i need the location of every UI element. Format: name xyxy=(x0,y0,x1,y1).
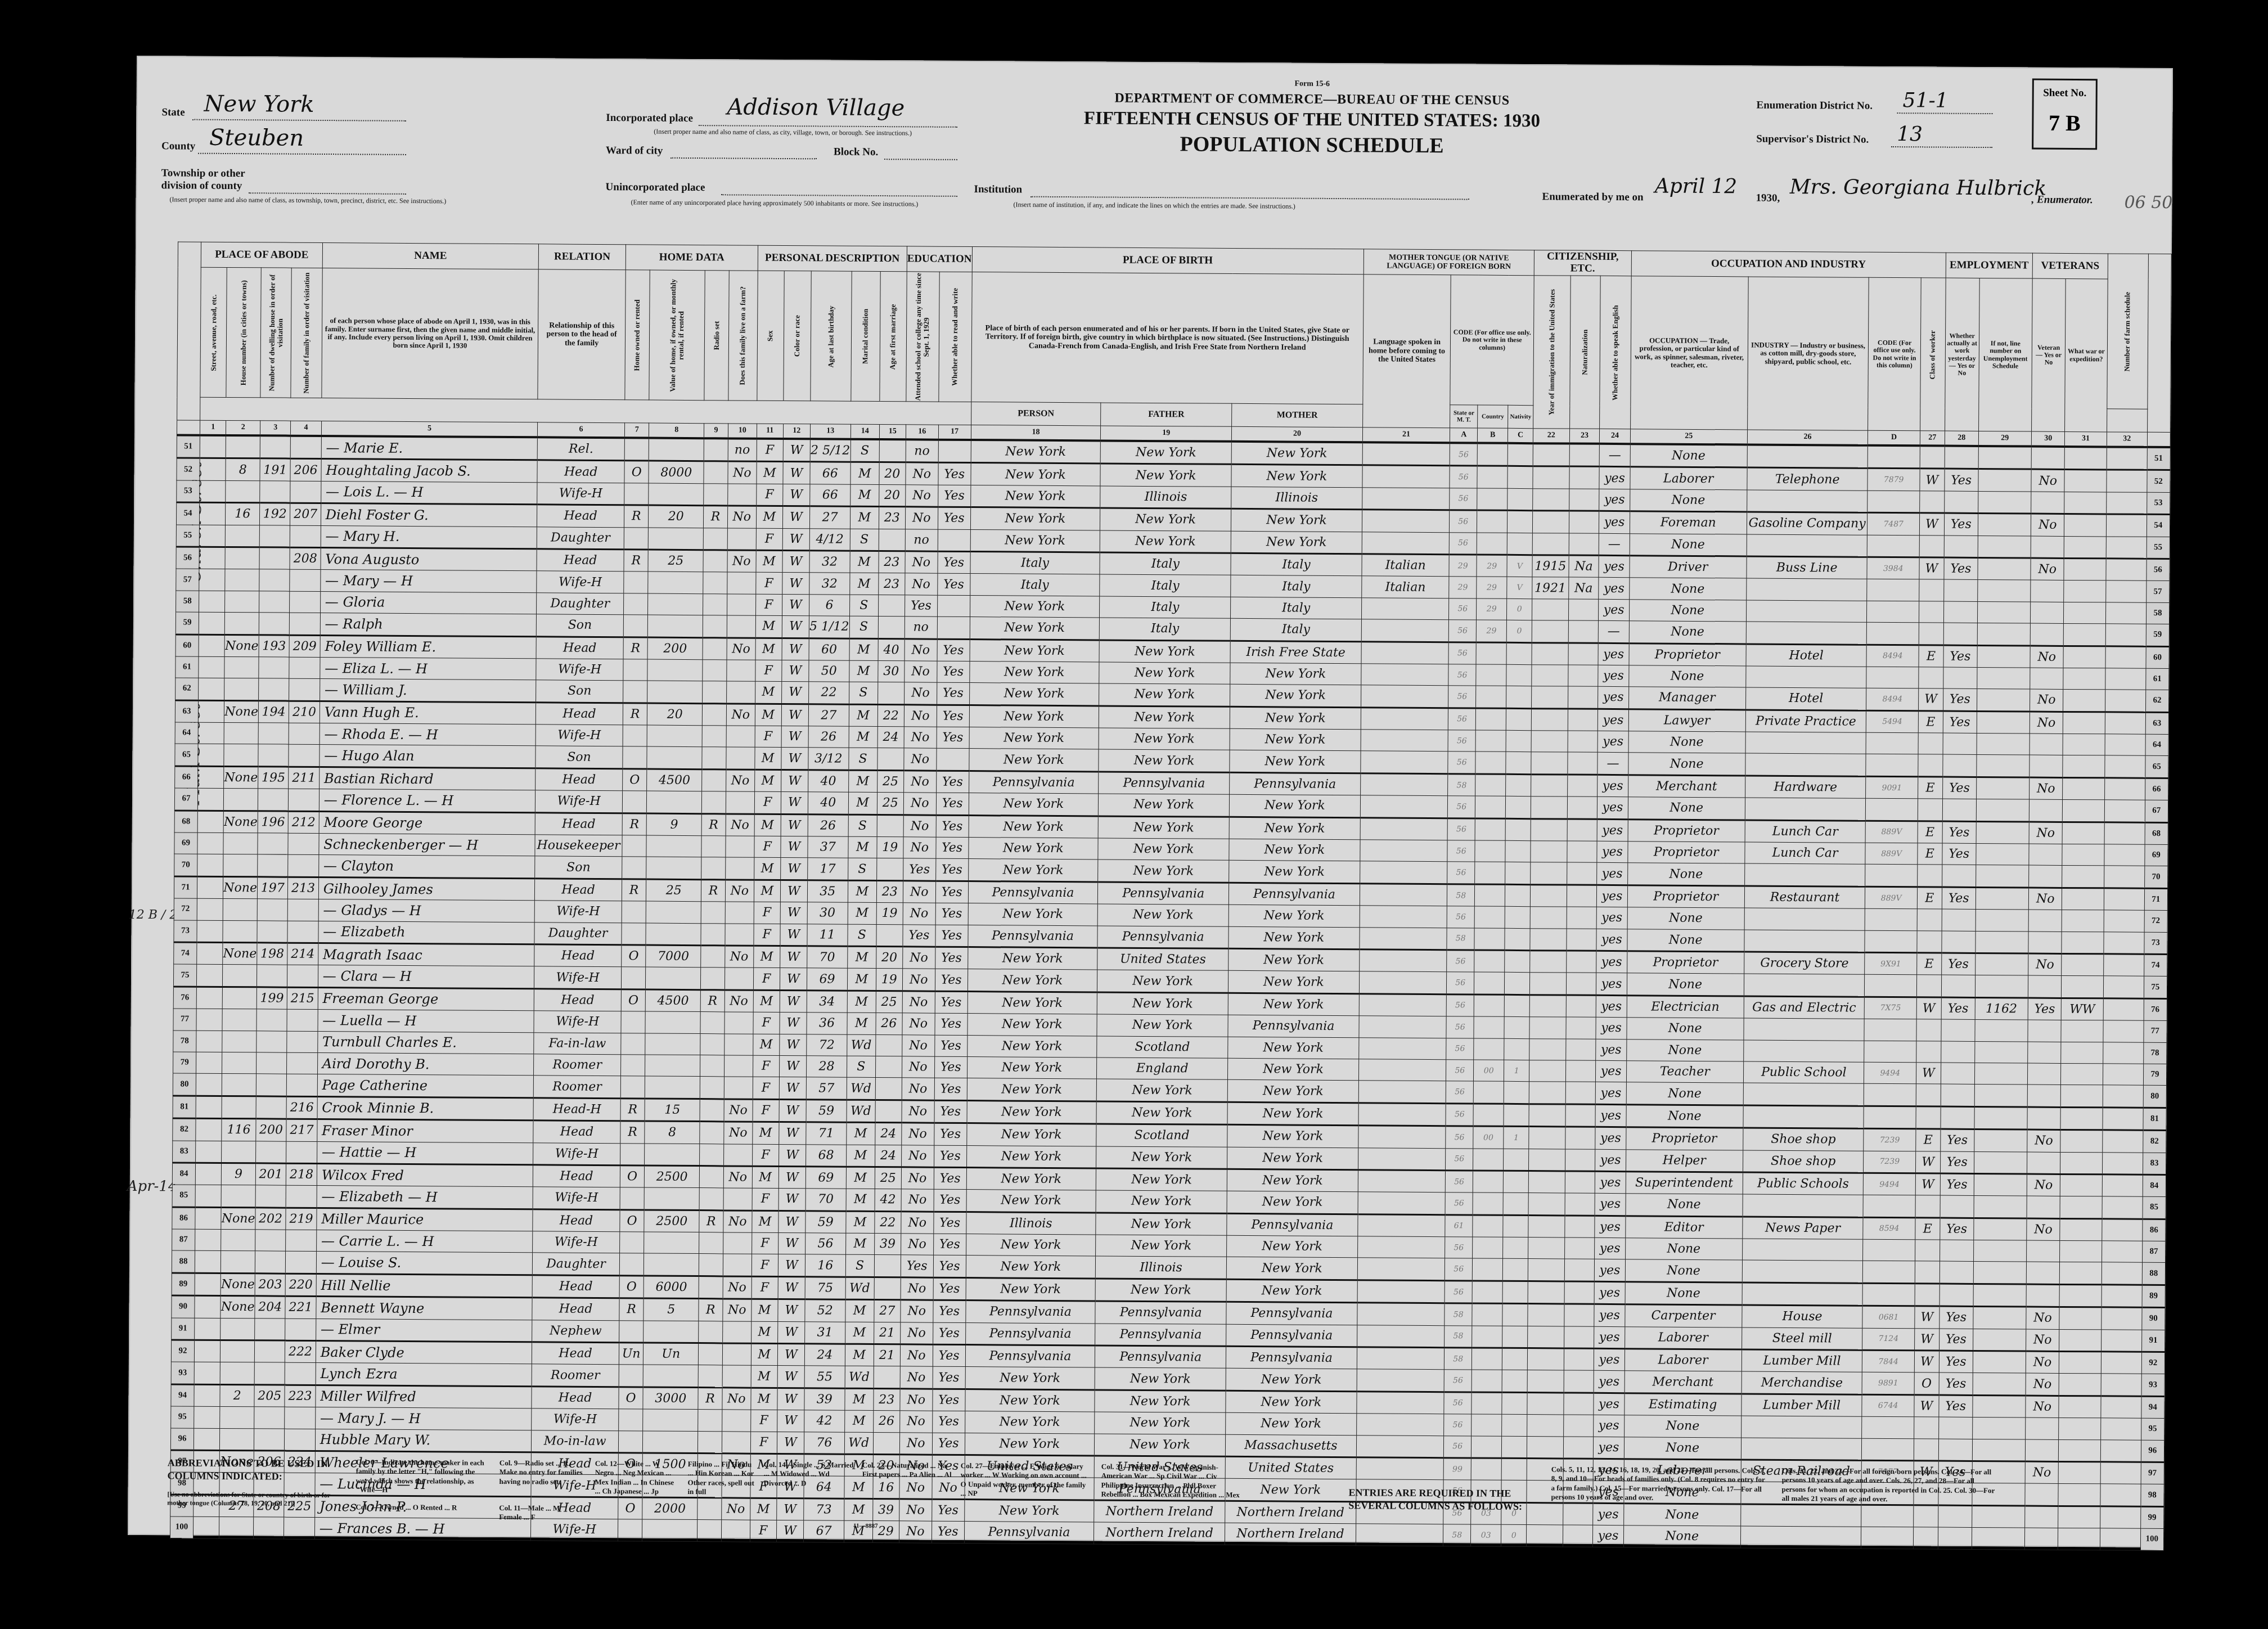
cell-father: Illinois xyxy=(1096,1256,1227,1279)
cell-cB xyxy=(1472,1258,1502,1281)
cell-cA: 56 xyxy=(1448,642,1476,664)
line-number: 96 xyxy=(170,1428,193,1450)
cell-value: 5 xyxy=(643,1298,699,1321)
line-number-right: 52 xyxy=(2147,470,2171,493)
cell-family xyxy=(286,1185,317,1208)
cell-race: W xyxy=(777,1432,804,1454)
cell-owned xyxy=(620,1187,645,1210)
cell-cC xyxy=(1506,774,1531,796)
cell-at-work: Yes xyxy=(1944,557,1978,580)
cell-industry xyxy=(1743,1194,1864,1217)
cell-cA: 56 xyxy=(1444,1435,1471,1458)
cell-industry: Public School xyxy=(1743,1061,1864,1084)
line-number: 86 xyxy=(172,1207,195,1230)
cell-farm xyxy=(727,528,756,550)
cell-relation: Head xyxy=(534,989,621,1011)
cell-cC xyxy=(1505,884,1531,907)
cell-war xyxy=(2064,492,2107,514)
cell-occupation: Merchant xyxy=(1624,1371,1741,1394)
cell-occupation: None xyxy=(1624,1415,1741,1438)
cell-worker-class: W xyxy=(1919,557,1944,580)
cell-unemp-line xyxy=(1974,1151,2027,1174)
cell-english: yes xyxy=(1594,1393,1624,1415)
cell-veteran xyxy=(2028,975,2062,998)
cell-marital: Wd xyxy=(847,1100,875,1123)
cell-school: no xyxy=(906,439,938,462)
cell-school: No xyxy=(902,1100,934,1123)
cell-value xyxy=(645,1055,700,1077)
cell-street xyxy=(194,1362,220,1385)
cell-cB xyxy=(1474,950,1505,973)
cell-father: New York xyxy=(1096,1168,1227,1191)
cell-value xyxy=(646,857,701,879)
header-cA: State or M. T. xyxy=(1450,405,1478,428)
cell-owned xyxy=(622,835,647,857)
cell-farm-schedule xyxy=(2104,931,2144,954)
cell-read: Yes xyxy=(935,903,968,925)
cell-dwelling xyxy=(256,1096,287,1119)
cell-immigration xyxy=(1528,1215,1565,1237)
cell-immigration xyxy=(1529,1017,1566,1039)
cell-name: Lynch Ezra xyxy=(316,1363,532,1387)
cell-birth: New York xyxy=(966,1277,1096,1301)
cell-war xyxy=(2063,777,2105,800)
line-number-right: 75 xyxy=(2144,976,2167,999)
cell-cB xyxy=(1474,972,1504,994)
cell-at-work: Yes xyxy=(1943,688,1977,711)
cell-age-marriage: 23 xyxy=(879,507,905,529)
cell-sex: F xyxy=(751,1254,778,1277)
cell-father: Italy xyxy=(1100,596,1231,619)
cell-radio xyxy=(701,946,725,968)
cell-owned: R xyxy=(623,703,647,725)
cell-house: 9 xyxy=(222,1163,256,1185)
cell-race: W xyxy=(781,769,808,792)
header-c8: Value of home, if owned, or monthly rent… xyxy=(649,270,705,400)
cell-owned xyxy=(620,1055,645,1077)
cell-naturalization xyxy=(1568,731,1598,753)
cell-relation: Nephew xyxy=(532,1320,619,1342)
cell-naturalization: Na xyxy=(1568,577,1599,599)
col-number-1: 1 xyxy=(200,420,226,435)
cell-owned xyxy=(620,1143,645,1165)
cell-worker-class xyxy=(1920,445,1945,469)
cell-veteran xyxy=(2029,733,2063,755)
cell-family: 211 xyxy=(289,767,319,789)
cell-dwelling xyxy=(259,678,290,701)
cell-school: Yes xyxy=(901,1255,933,1277)
cell-name: Diehl Foster G. xyxy=(321,503,537,527)
cell-war xyxy=(2063,690,2105,712)
cell-radio xyxy=(701,967,725,990)
cell-father: New York xyxy=(1097,970,1228,993)
cell-name: Gilhooley James xyxy=(318,877,535,901)
cell-cD: 9494 xyxy=(1864,1062,1916,1084)
cell-age-marriage: 21 xyxy=(874,1322,900,1344)
line-number-right: 89 xyxy=(2142,1285,2166,1308)
cell-dwelling xyxy=(258,833,289,855)
cell-dwelling xyxy=(259,657,290,679)
cell-cA: 56 xyxy=(1445,1237,1473,1259)
cell-mother: New York xyxy=(1228,926,1360,949)
cell-age-marriage: 24 xyxy=(875,1123,902,1145)
cell-language xyxy=(1362,488,1450,510)
cell-name: — Carrie L. — H xyxy=(316,1230,533,1253)
cell-farm xyxy=(726,747,755,769)
cell-occupation: Proprietor xyxy=(1626,1127,1743,1150)
cell-farm: No xyxy=(723,1276,751,1299)
cell-cA: 56 xyxy=(1446,1126,1473,1149)
cell-english: — xyxy=(1599,620,1629,643)
cell-race: W xyxy=(778,1122,806,1145)
cell-radio xyxy=(699,1166,723,1189)
cell-read: Yes xyxy=(935,859,968,881)
cell-age: 39 xyxy=(804,1388,845,1411)
cell-worker-class: W xyxy=(1919,513,1944,535)
cell-unemp-line xyxy=(1973,1329,2026,1351)
cell-age: 26 xyxy=(808,726,849,748)
cell-naturalization xyxy=(1568,665,1598,687)
line-number: 57 xyxy=(176,569,199,591)
cell-father: New York xyxy=(1096,1190,1227,1213)
cell-owned: O xyxy=(619,1387,643,1410)
cell-house: 116 xyxy=(222,1119,256,1141)
cell-race: W xyxy=(781,792,808,814)
cell-english: yes xyxy=(1598,731,1628,753)
supervisor-district-value: 13 xyxy=(1897,123,1923,146)
cell-dwelling: 191 xyxy=(260,458,291,481)
cell-read: Yes xyxy=(938,551,970,574)
cell-language xyxy=(1357,1347,1444,1370)
cell-cD xyxy=(1867,490,1920,513)
cell-war: WW xyxy=(2061,998,2103,1020)
cell-age-marriage: 25 xyxy=(876,991,902,1013)
cell-read: Yes xyxy=(937,639,970,661)
cell-farm-schedule xyxy=(2103,954,2144,976)
cell-immigration xyxy=(1531,796,1567,819)
cell-family: 215 xyxy=(287,987,318,1010)
cell-relation: Head-H xyxy=(533,1098,620,1121)
cell-marital: M xyxy=(848,836,876,858)
cell-age-marriage xyxy=(876,924,903,947)
header-c24: Whether able to speak English xyxy=(1600,276,1631,429)
cell-cA: 61 xyxy=(1445,1214,1473,1237)
cell-farm-schedule xyxy=(2101,1396,2141,1419)
cell-worker-class xyxy=(1919,579,1944,601)
header-c16: Attended school or college any time sinc… xyxy=(906,272,939,402)
cell-at-work xyxy=(1939,1240,1973,1262)
cell-mother: Pennsylvania xyxy=(1226,1302,1357,1325)
cell-war xyxy=(2060,1130,2103,1153)
cell-relation: Head xyxy=(536,703,623,725)
cell-farm-schedule xyxy=(2101,1307,2142,1330)
cell-war xyxy=(2062,844,2104,866)
cell-industry xyxy=(1747,490,1867,513)
cell-naturalization xyxy=(1568,599,1599,621)
cell-war xyxy=(2064,580,2106,602)
cell-value: 4500 xyxy=(646,989,701,1012)
cell-name: — Mary — H xyxy=(321,570,537,593)
cell-veteran: No xyxy=(2029,777,2063,800)
header-c21: Language spoken in home before coming to… xyxy=(1362,274,1451,428)
cell-farm-schedule xyxy=(2103,1108,2143,1131)
col-number-line xyxy=(177,420,200,435)
cell-farm xyxy=(724,1012,753,1034)
cell-family xyxy=(289,789,319,811)
cell-race: W xyxy=(779,1099,807,1122)
cell-cA: 58 xyxy=(1444,1325,1472,1348)
cell-sex: M xyxy=(754,858,780,880)
cell-war xyxy=(2059,1439,2101,1462)
cell-read: Yes xyxy=(938,507,970,529)
cell-cB xyxy=(1473,1237,1503,1259)
cell-dwelling xyxy=(259,613,290,635)
cell-radio xyxy=(702,703,726,726)
cell-age-marriage xyxy=(876,1034,902,1056)
cell-cC: V xyxy=(1507,555,1532,577)
cell-worker-class: O xyxy=(1914,1372,1939,1395)
cell-dwelling xyxy=(259,591,290,613)
cell-birth: Pennsylvania xyxy=(965,1345,1095,1368)
cell-owned xyxy=(623,746,647,769)
cell-farm-schedule xyxy=(2101,1285,2142,1308)
cell-farm xyxy=(724,1055,753,1077)
cell-at-work: Yes xyxy=(1942,821,1976,844)
cell-cD: 889V xyxy=(1865,843,1918,865)
cell-birth: Pennsylvania xyxy=(965,1300,1095,1324)
cell-family xyxy=(290,481,321,503)
cell-street xyxy=(197,811,224,833)
line-number: 94 xyxy=(171,1384,194,1407)
cell-marital: M xyxy=(844,1388,873,1411)
cell-family: 212 xyxy=(289,811,319,834)
cell-radio xyxy=(703,572,727,594)
cell-relation: Wife-H xyxy=(535,724,623,746)
cell-at-work xyxy=(1944,579,1978,601)
cell-birth: New York xyxy=(970,507,1100,530)
cell-age-marriage: 25 xyxy=(877,770,903,793)
cell-language xyxy=(1358,1081,1446,1103)
cell-age-marriage: 24 xyxy=(877,727,904,749)
cell-dwelling xyxy=(255,1318,286,1340)
cell-cB xyxy=(1473,1081,1504,1104)
cell-at-work xyxy=(1942,799,1976,821)
cell-cC xyxy=(1505,840,1531,862)
cell-cD: 9091 xyxy=(1866,776,1918,799)
cell-owned: R xyxy=(624,505,649,528)
cell-farm: No xyxy=(722,1388,751,1410)
cell-read: Yes xyxy=(936,815,969,838)
cell-relation: Wife-H xyxy=(535,790,623,813)
cell-at-work xyxy=(1942,865,1975,888)
cell-mother: Italy xyxy=(1231,575,1362,598)
line-number: 85 xyxy=(172,1185,195,1207)
line-number: 81 xyxy=(173,1096,196,1119)
cell-farm-schedule xyxy=(2107,470,2147,492)
cell-occupation: Carpenter xyxy=(1624,1304,1741,1327)
line-number: 80 xyxy=(173,1073,196,1096)
cell-read: Yes xyxy=(932,1411,965,1433)
cell-cA: 56 xyxy=(1450,466,1477,488)
cell-cC xyxy=(1502,1326,1528,1348)
cell-cB xyxy=(1473,1215,1503,1237)
cell-english: yes xyxy=(1599,489,1630,511)
cell-farm xyxy=(722,1343,751,1366)
cell-age: 50 xyxy=(809,660,849,682)
cell-unemp-line xyxy=(1973,1284,2027,1307)
cell-relation: Wife-H xyxy=(537,483,624,505)
cell-farm: No xyxy=(726,769,754,792)
cell-value xyxy=(646,967,701,989)
cell-school: No xyxy=(900,1322,933,1344)
cell-industry xyxy=(1746,622,1867,645)
cell-dwelling xyxy=(258,723,289,745)
line-number-right: 54 xyxy=(2146,514,2170,537)
cell-industry xyxy=(1743,1105,1864,1129)
cell-school: No xyxy=(905,573,938,595)
cell-industry xyxy=(1742,1260,1863,1283)
cell-language xyxy=(1357,1369,1444,1392)
cell-age: 6 xyxy=(809,595,850,616)
cell-immigration xyxy=(1532,511,1569,533)
cell-cA: 56 xyxy=(1448,664,1476,686)
cell-veteran: No xyxy=(2030,689,2063,712)
cell-occupation: Laborer xyxy=(1624,1349,1741,1372)
cell-mother: New York xyxy=(1231,442,1362,465)
cell-house xyxy=(223,899,258,921)
cell-war xyxy=(2059,1396,2101,1418)
cell-immigration: 1921 xyxy=(1532,577,1569,599)
cell-industry: Gas and Electric xyxy=(1744,996,1865,1019)
cell-worker-class xyxy=(1916,1106,1941,1129)
cell-veteran xyxy=(2027,1196,2060,1218)
cell-industry xyxy=(1741,1438,1862,1461)
cell-value xyxy=(644,1187,699,1210)
cell-farm-schedule xyxy=(2105,580,2146,602)
cell-war xyxy=(2059,1284,2101,1307)
cell-marital: M xyxy=(850,506,879,529)
cell-owned: O xyxy=(622,945,646,967)
col6-instruction: Col. 6—Indicate the home-maker in each f… xyxy=(355,1457,485,1495)
cell-worker-class: E xyxy=(1915,1217,1940,1240)
cell-cD: 889V xyxy=(1866,821,1918,843)
cell-war xyxy=(2062,888,2104,910)
cell-immigration xyxy=(1532,620,1568,643)
cell-father: New York xyxy=(1099,749,1230,772)
cell-age: 37 xyxy=(808,836,848,858)
cell-sex: F xyxy=(757,484,783,506)
cell-owned xyxy=(619,1365,643,1387)
cell-worker-class xyxy=(1917,930,1942,953)
cell-name: — Elmer xyxy=(316,1318,532,1342)
cell-father: Illinois xyxy=(1100,486,1231,509)
unincorporated-label: Unincorporated place xyxy=(606,181,705,194)
cell-father: New York xyxy=(1098,838,1229,861)
cell-owned: R xyxy=(622,813,647,835)
cell-name: — Lois L. — H xyxy=(321,481,537,505)
cell-marital: M xyxy=(850,551,879,573)
cell-industry: Merchandise xyxy=(1741,1371,1862,1394)
cell-father: Pennsylvania xyxy=(1099,772,1230,795)
cell-farm: No xyxy=(724,946,753,968)
cell-father: New York xyxy=(1098,816,1229,839)
cell-dwelling: 205 xyxy=(254,1385,285,1407)
cell-occupation: Superintendent xyxy=(1626,1172,1743,1195)
cell-read: Yes xyxy=(933,1389,965,1411)
cell-read: Yes xyxy=(938,485,970,507)
cell-farm xyxy=(722,1431,750,1453)
cell-house xyxy=(220,1340,255,1362)
cell-family xyxy=(290,591,321,613)
cell-war xyxy=(2059,1351,2101,1374)
cell-cA: 56 xyxy=(1444,1392,1471,1415)
cell-language xyxy=(1357,1280,1445,1303)
cell-sex: M xyxy=(751,1321,777,1344)
cell-owned xyxy=(622,857,647,879)
line-number-right: 94 xyxy=(2141,1396,2165,1419)
cell-birth: New York xyxy=(970,529,1100,552)
cell-dwelling xyxy=(256,1074,287,1096)
cell-mother: New York xyxy=(1227,1191,1358,1214)
cell-cC xyxy=(1507,466,1533,489)
cell-cC xyxy=(1506,686,1532,709)
cell-age-marriage xyxy=(877,748,904,771)
cell-sex: F xyxy=(750,1432,777,1454)
cell-occupation: None xyxy=(1625,1282,1742,1306)
cell-cB: 29 xyxy=(1477,555,1507,577)
cell-school: No xyxy=(900,1344,933,1367)
cell-race: W xyxy=(780,836,808,858)
cell-dwelling xyxy=(255,1185,286,1208)
header-c23: Naturalization xyxy=(1569,276,1601,429)
institution-label: Institution xyxy=(974,183,1023,196)
cell-marital: M xyxy=(845,1344,874,1366)
entries-required-a: Cols. 5, 11, 12, 13, 14, 16, 18, 19, 20,… xyxy=(1551,1465,1765,1502)
cell-name: Vann Hugh E. xyxy=(319,701,536,724)
cell-cC: 0 xyxy=(1507,598,1532,620)
group-education: EDUCATION xyxy=(907,246,972,272)
line-number-right: 78 xyxy=(2143,1042,2167,1064)
cell-school: No xyxy=(899,1411,932,1433)
cell-farm xyxy=(726,791,754,814)
cell-sex: M xyxy=(756,550,782,573)
cell-industry: Hardware xyxy=(1745,776,1866,799)
cell-owned: O xyxy=(623,769,647,791)
cell-value: 25 xyxy=(648,550,703,572)
cell-worker-class: W xyxy=(1915,1328,1939,1351)
cell-family: 217 xyxy=(286,1119,317,1141)
cell-cD xyxy=(1864,1019,1916,1041)
cell-house xyxy=(223,854,258,877)
cell-war xyxy=(2060,1218,2102,1241)
col-number-4: 4 xyxy=(291,421,322,436)
cell-dwelling: 204 xyxy=(255,1296,286,1318)
cell-age: 75 xyxy=(805,1277,845,1300)
cell-name: — Clara — H xyxy=(318,965,534,989)
cell-family: 208 xyxy=(290,547,321,570)
form-number: Form 15-6 xyxy=(1059,78,1565,90)
cell-name: — Mary J. — H xyxy=(315,1407,532,1430)
township-note: (Insert proper name and also name of cla… xyxy=(169,195,446,205)
cell-name: — Florence L. — H xyxy=(319,789,535,813)
line-number-right: 86 xyxy=(2142,1219,2166,1241)
cell-language xyxy=(1362,510,1450,532)
cell-farm-schedule xyxy=(2105,602,2146,624)
cell-street xyxy=(195,1207,222,1230)
cell-industry xyxy=(1746,666,1867,688)
cell-name: Vona Augusto xyxy=(321,547,537,571)
cell-naturalization xyxy=(1569,489,1599,511)
